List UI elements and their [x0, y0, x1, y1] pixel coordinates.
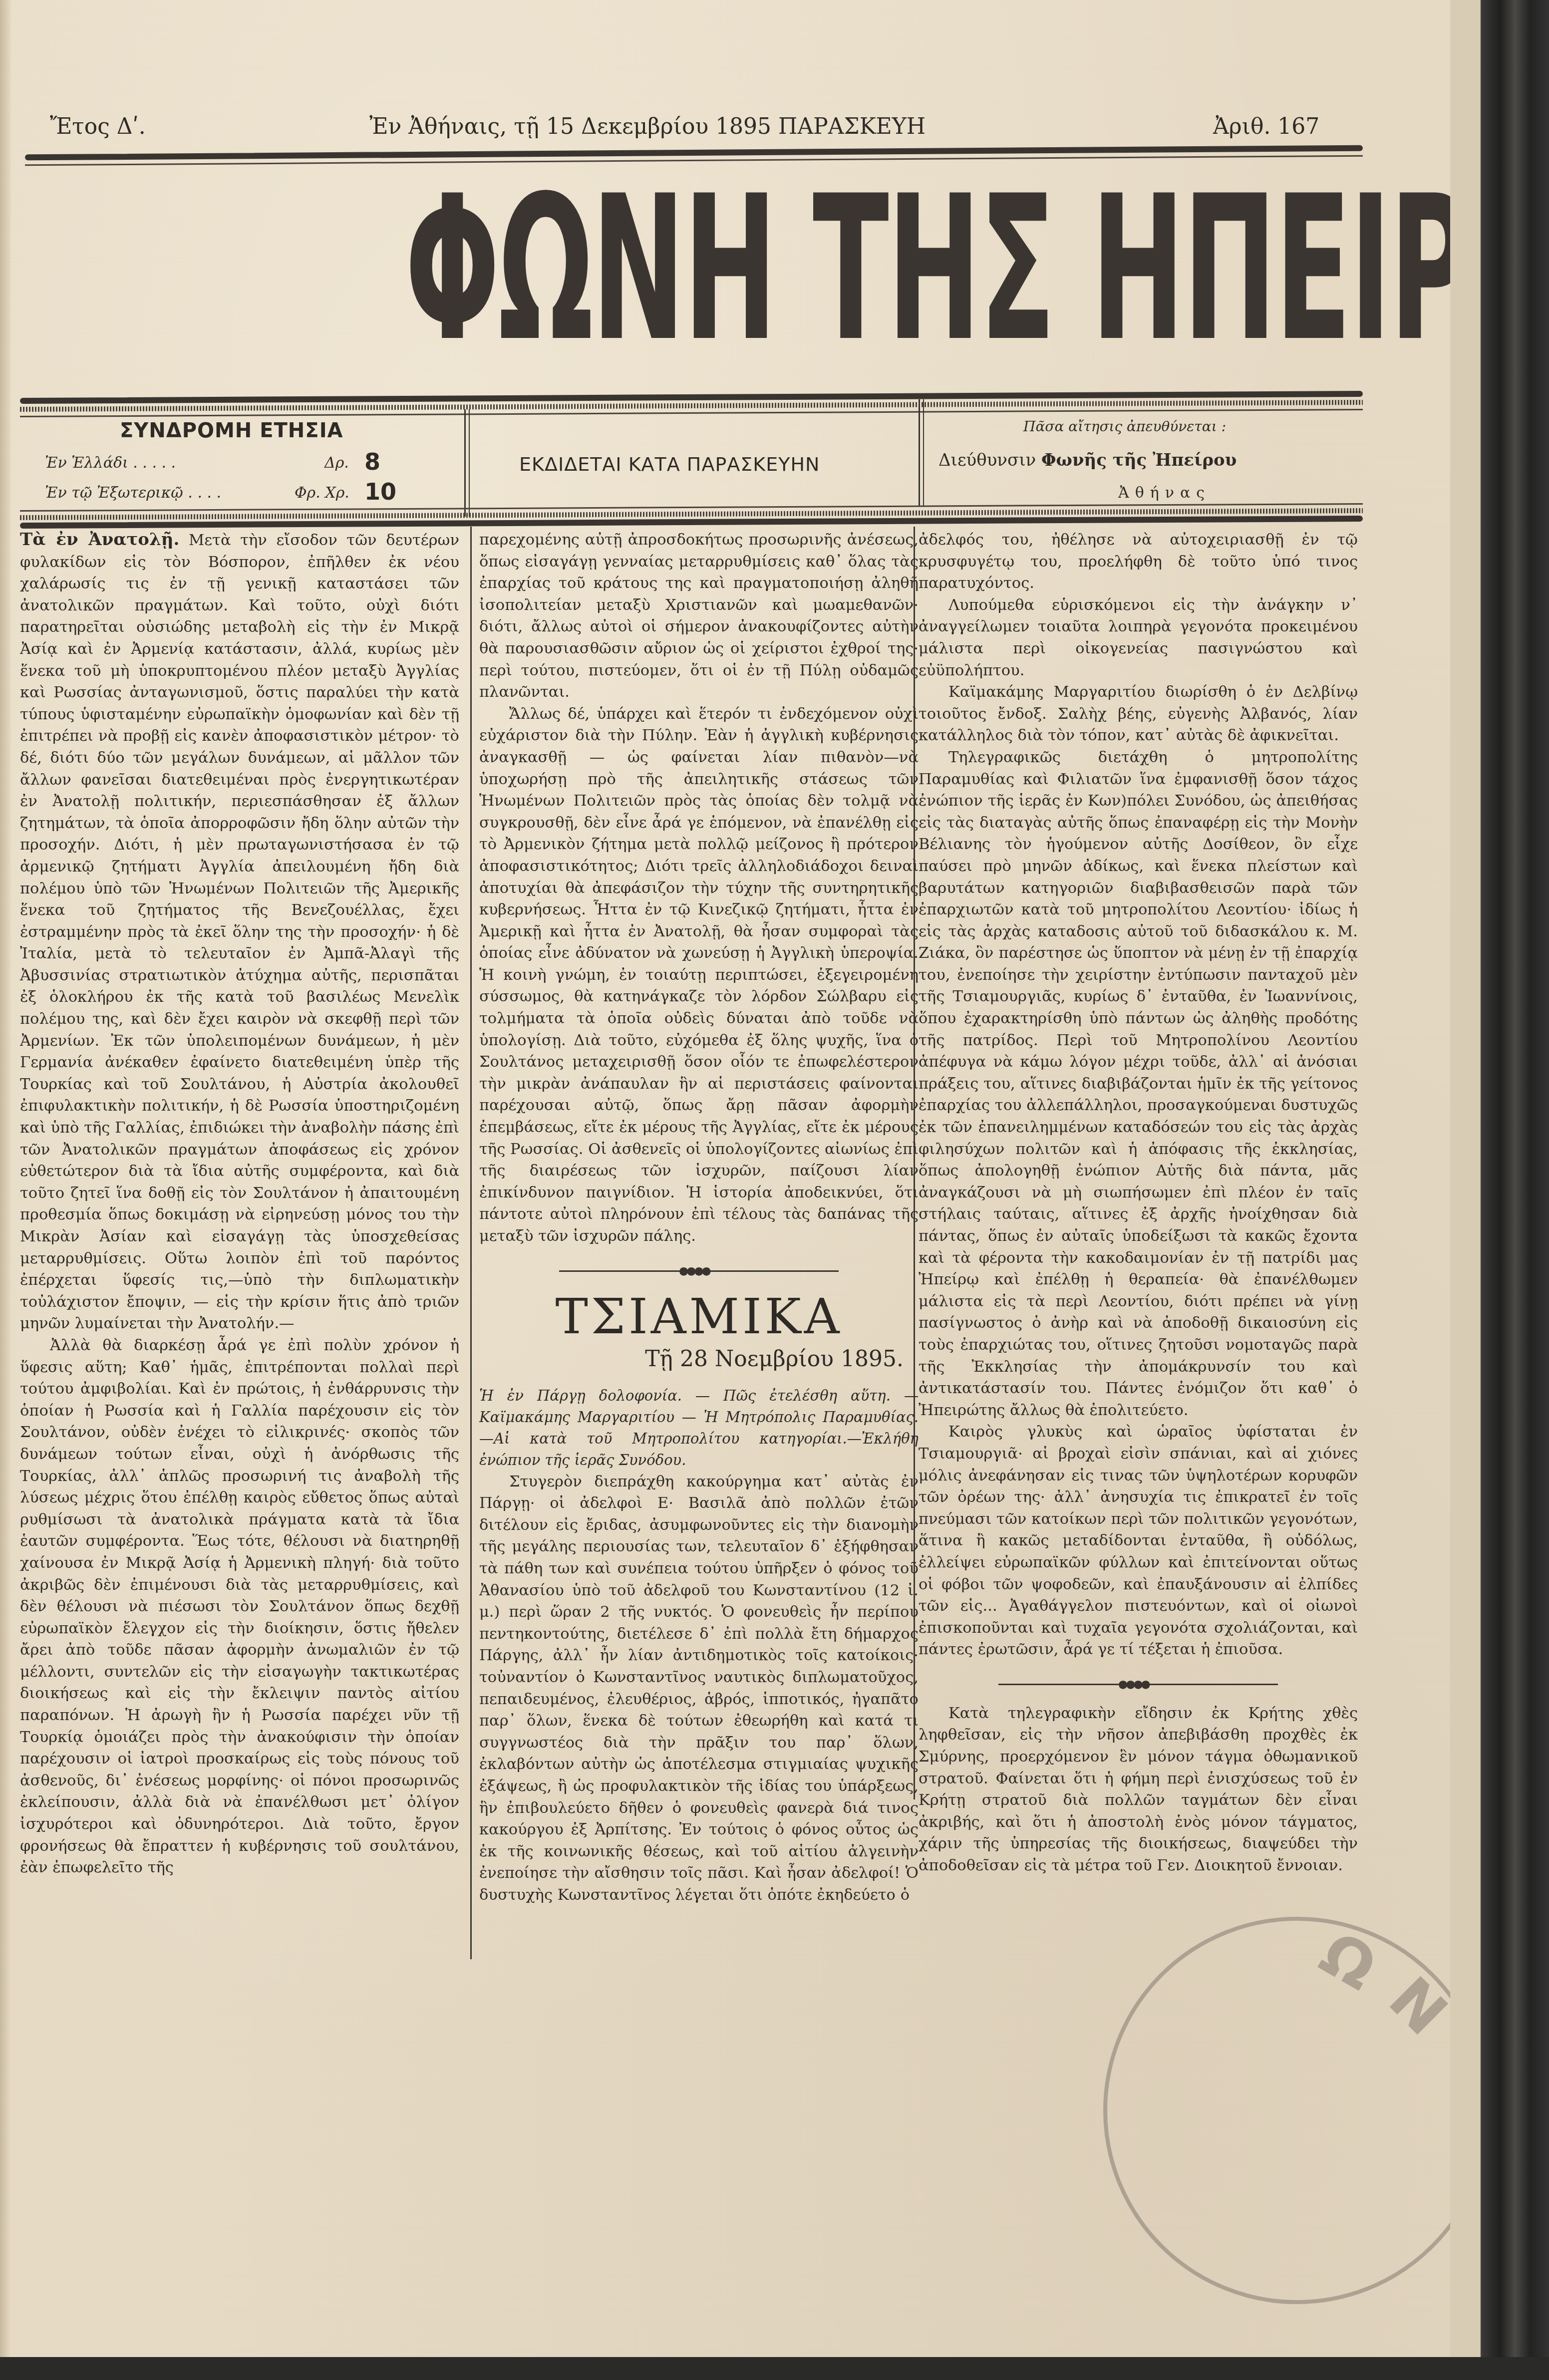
publication-note: ΕΚΔΙΔΕΤΑΙ ΚΑΤΑ ΠΑΡΑΣΚΕΥΗΝ: [519, 453, 820, 475]
address-city: Ἀθήνας: [1118, 484, 1211, 502]
subscription-row-abroad: Ἐν τῷ Ἐξωτερικῷ . . . . Φρ. Χρ. 10: [45, 484, 221, 502]
article-paragraph: Στυγερὸν διεπράχθη κακούργημα κατ᾽ αὐτὰς…: [479, 1471, 919, 1906]
subscription-band: ΣΥΝΔΡΟΜΗ ΕΤΗΣΙΑ Ἐν Ἑλλάδι . . . . . Δρ. …: [30, 409, 1378, 519]
article-paragraph-kriti: Κατὰ τηλεγραφικὴν εἴδησιν ἐκ Κρήτης χθὲς…: [919, 1703, 1358, 1877]
subscription-title: ΣΥΝΔΡΟΜΗ ΕΤΗΣΙΑ: [120, 419, 343, 442]
stamp-letter: Ν: [1376, 1964, 1460, 2049]
subscription-label: Ἐν τῷ Ἐξωτερικῷ . . . .: [45, 484, 221, 502]
year-label: Ἔτος Δʹ.: [50, 114, 146, 139]
subscription-price: 10: [364, 478, 396, 505]
book-binding: [1450, 0, 1549, 2380]
ornament-divider: [998, 1681, 1278, 1688]
column-1: Τὰ ἐν Ἀνατολῇ. Μετὰ τὴν εἴσοδον τῶν δευτ…: [20, 529, 459, 1879]
article-text: Μετὰ τὴν εἴσοδον τῶν δευτέρων φυλακίδων …: [20, 532, 459, 1332]
article-paragraph: Ἄλλως δέ, ὑπάρχει καὶ ἕτερόν τι ἐνδεχόμε…: [479, 703, 919, 1247]
article-paragraph: ἀδελφός του, ἠθέλησε νὰ αὐτοχειριασθῇ ἐν…: [919, 529, 1358, 595]
subscription-price: 8: [364, 448, 380, 475]
scan-bottom-band: [0, 2357, 1549, 2380]
column-3: ἀδελφός του, ἠθέλησε νὰ αὐτοχειριασθῇ ἐν…: [919, 529, 1358, 1877]
address-intro: Πᾶσα αἴτησις ἀπευθύνεται :: [1023, 418, 1226, 435]
article-paragraph: Λυπούμεθα εὑρισκόμενοι εἰς τὴν ἀνάγκην ν…: [919, 595, 1358, 681]
article-paragraph: Καιρὸς γλυκὺς καὶ ὡραῖος ὑφίσταται ἐν Τσ…: [919, 1421, 1358, 1661]
article-paragraph: Ἀλλὰ θὰ διαρκέσῃ ἆρά γε ἐπὶ πολὺν χρόνον…: [20, 1335, 459, 1879]
address-paper-name: Φωνῆς τῆς Ἠπείρου: [1041, 450, 1237, 470]
stamp-ring: [1103, 1917, 1491, 2304]
article-paragraph: Τὰ ἐν Ἀνατολῇ. Μετὰ τὴν εἴσοδον τῶν δευτ…: [20, 529, 459, 1335]
column-rule-1: [470, 527, 472, 1959]
header-line: Ἔτος Δʹ. Ἐν Ἀθήναις, τῇ 15 Δεκεμβρίου 18…: [50, 114, 1363, 139]
dateline: Ἐν Ἀθήναις, τῇ 15 Δεκεμβρίου 1895 ΠΑΡΑΣΚ…: [369, 114, 926, 139]
article-paragraph: παρεχομένης αὐτῇ ἀπροσδοκήτως προσωρινῆς…: [479, 529, 919, 703]
masthead-title: ΦΩΝΗ ΤΗΣ ΗΠΕΙΡΟΥ: [405, 170, 978, 369]
newspaper-page: Ἔτος Δʹ. Ἐν Ἀθήναις, τῇ 15 Δεκεμβρίου 18…: [0, 0, 1458, 2357]
address-prefix: Διεύθυνσιν: [938, 450, 1036, 470]
article-paragraph: Τηλεγραφικῶς διετάχθη ὁ μητροπολίτης Παρ…: [919, 747, 1358, 1421]
section-date: Τῇ 28 Νοεμβρίου 1895.: [479, 1344, 919, 1374]
stamp-letter: Ω: [1309, 1919, 1388, 2004]
issue-number: Ἀριθ. 167: [1213, 114, 1319, 139]
subscription-label: Ἐν Ἑλλάδι . . . . .: [45, 454, 176, 472]
article-paragraph: Καϊμακάμης Μαργαριτίου διωρίσθη ὁ ἐν Δελ…: [919, 681, 1358, 747]
column-divider: [919, 399, 924, 507]
ornament-divider: [559, 1267, 839, 1274]
page-edge-shadow: [0, 0, 11, 2357]
column-divider: [464, 409, 470, 517]
subscription-currency: Φρ. Χρ.: [295, 484, 349, 502]
subscription-currency: Δρ.: [324, 454, 349, 472]
section-summary: Ἡ ἐν Πάργῃ δολοφονία. — Πῶς ἐτελέσθη αὕτ…: [479, 1385, 919, 1471]
subscription-row-domestic: Ἐν Ἑλλάδι . . . . . Δρ. 8: [45, 454, 176, 472]
address-main: Διεύθυνσιν Φωνῆς τῆς Ἠπείρου: [938, 450, 1237, 470]
section-title-tsiamika: ΤΣΙΑΜΙΚΑ: [479, 1289, 919, 1344]
subscription-box: ΣΥΝΔΡΟΜΗ ΕΤΗΣΙΑ Ἐν Ἑλλάδι . . . . . Δρ. …: [30, 409, 459, 509]
column-2: παρεχομένης αὐτῇ ἀπροσδοκήτως προσωρινῆς…: [479, 529, 919, 1906]
article-headline-anatoli: Τὰ ἐν Ἀνατολῇ.: [20, 530, 179, 550]
